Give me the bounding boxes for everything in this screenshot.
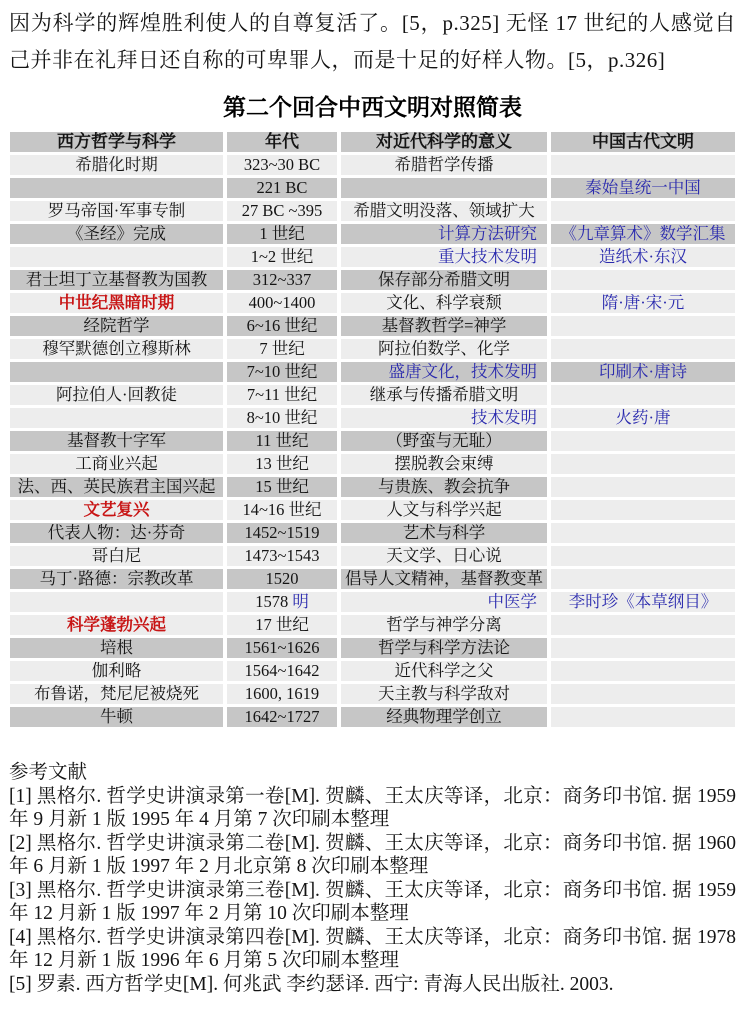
cell-west-event (10, 408, 223, 428)
cell-china (551, 270, 735, 290)
cell-china (551, 500, 735, 520)
cell-west-event: 马丁·路德：宗教改革 (10, 569, 223, 589)
cell-meaning: 人文与科学兴起 (341, 500, 547, 520)
table-row: 1~2 世纪 重大技术发明 造纸术·东汉 (10, 247, 735, 267)
cell-era: 1473~1543 (227, 546, 337, 566)
cell-west-event: 工商业兴起 (10, 454, 223, 474)
cell-meaning: 基督教哲学=神学 (341, 316, 547, 336)
cell-era: 1520 (227, 569, 337, 589)
cell-china: 造纸术·东汉 (551, 247, 735, 267)
cell-west-event: 培根 (10, 638, 223, 658)
cell-era: 7~11 世纪 (227, 385, 337, 405)
table-header-row: 西方哲学与科学 年代 对近代科学的意义 中国古代文明 (10, 132, 735, 152)
cell-meaning: 技术发明 (341, 408, 547, 428)
cell-china (551, 454, 735, 474)
table-row: 中世纪黑暗时期 400~1400 文化、科学衰颓 隋·唐·宋·元 (10, 293, 735, 313)
table-row: 牛顿 1642~1727 经典物理学创立 (10, 707, 735, 727)
cell-west-event: 希腊化时期 (10, 155, 223, 175)
table-row: 基督教十字军 11 世纪 （野蛮与无耻） (10, 431, 735, 451)
cell-china (551, 638, 735, 658)
table-row: 哥白尼 1473~1543 天文学、日心说 (10, 546, 735, 566)
cell-meaning: 希腊文明没落、领域扩大 (341, 201, 547, 221)
cell-meaning: 计算方法研究 (341, 224, 547, 244)
cell-era: 17 世纪 (227, 615, 337, 635)
cell-era: 1452~1519 (227, 523, 337, 543)
cell-era: 1578 明 (227, 592, 337, 612)
civilization-comparison-table: 西方哲学与科学 年代 对近代科学的意义 中国古代文明 希腊化时期 323~30 … (6, 129, 739, 730)
cell-meaning: 天文学、日心说 (341, 546, 547, 566)
table-row: 经院哲学 6~16 世纪 基督教哲学=神学 (10, 316, 735, 336)
cell-meaning: 继承与传播希腊文明 (341, 385, 547, 405)
cell-meaning: 与贵族、教会抗争 (341, 477, 547, 497)
cell-era: 1642~1727 (227, 707, 337, 727)
header-west-philosophy-science: 西方哲学与科学 (10, 132, 223, 152)
table-row: 穆罕默德创立穆斯林 7 世纪 阿拉伯数学、化学 (10, 339, 735, 359)
cell-china: 印刷术·唐诗 (551, 362, 735, 382)
cell-west-event: 布鲁诺，梵尼尼被烧死 (10, 684, 223, 704)
cell-west-event: 法、西、英民族君主国兴起 (10, 477, 223, 497)
cell-west-event: 君士坦丁立基督教为国教 (10, 270, 223, 290)
table-row: 8~10 世纪 技术发明 火药·唐 (10, 408, 735, 428)
cell-meaning: 倡导人文精神，基督教变革 (341, 569, 547, 589)
cell-era: 27 BC ~395 (227, 201, 337, 221)
cell-west-event: 牛顿 (10, 707, 223, 727)
table-row: 伽利略 1564~1642 近代科学之父 (10, 661, 735, 681)
header-meaning-modern-science: 对近代科学的意义 (341, 132, 547, 152)
cell-meaning: 哲学与科学方法论 (341, 638, 547, 658)
cell-era: 7 世纪 (227, 339, 337, 359)
table-row: 法、西、英民族君主国兴起 15 世纪 与贵族、教会抗争 (10, 477, 735, 497)
cell-west-event: 《圣经》完成 (10, 224, 223, 244)
cell-china (551, 661, 735, 681)
cell-china (551, 707, 735, 727)
cell-china (551, 523, 735, 543)
cell-china (551, 569, 735, 589)
cell-china: 隋·唐·宋·元 (551, 293, 735, 313)
table-row: 罗马帝国·军事专制 27 BC ~395 希腊文明没落、领域扩大 (10, 201, 735, 221)
table-title: 第二个回合中西文明对照简表 (9, 89, 736, 122)
cell-west-event: 文艺复兴 (10, 500, 223, 520)
table-row: 布鲁诺，梵尼尼被烧死 1600, 1619 天主教与科学敌对 (10, 684, 735, 704)
cell-meaning: 盛唐文化，技术发明 (341, 362, 547, 382)
references-heading: 参考文献 (9, 761, 736, 785)
era-dynasty-mark: 明 (292, 592, 309, 611)
table-row: 文艺复兴 14~16 世纪 人文与科学兴起 (10, 500, 735, 520)
cell-meaning: 艺术与科学 (341, 523, 547, 543)
cell-era: 1 世纪 (227, 224, 337, 244)
cell-era: 312~337 (227, 270, 337, 290)
table-row: 君士坦丁立基督教为国教 312~337 保存部分希腊文明 (10, 270, 735, 290)
cell-era: 1~2 世纪 (227, 247, 337, 267)
cell-west-event: 经院哲学 (10, 316, 223, 336)
table-row: 工商业兴起 13 世纪 摆脱教会束缚 (10, 454, 735, 474)
reference-item: [3] 黑格尔. 哲学史讲演录第三卷[M]. 贺麟、王太庆等译，北京：商务印书馆… (9, 879, 736, 926)
cell-china: 秦始皇统一中国 (551, 178, 735, 198)
cell-west-event: 基督教十字军 (10, 431, 223, 451)
cell-west-event (10, 247, 223, 267)
cell-meaning: 天主教与科学敌对 (341, 684, 547, 704)
cell-meaning: 文化、科学衰颓 (341, 293, 547, 313)
cell-china (551, 316, 735, 336)
cell-era: 221 BC (227, 178, 337, 198)
cell-meaning: 重大技术发明 (341, 247, 547, 267)
cell-china (551, 477, 735, 497)
header-era: 年代 (227, 132, 337, 152)
cell-meaning: 保存部分希腊文明 (341, 270, 547, 290)
cell-china: 《九章算术》数学汇集 (551, 224, 735, 244)
cell-era: 14~16 世纪 (227, 500, 337, 520)
cell-china (551, 431, 735, 451)
cell-china (551, 201, 735, 221)
cell-west-event (10, 178, 223, 198)
table-row: 马丁·路德：宗教改革 1520 倡导人文精神，基督教变革 (10, 569, 735, 589)
cell-meaning: 经典物理学创立 (341, 707, 547, 727)
cell-west-event: 罗马帝国·军事专制 (10, 201, 223, 221)
reference-item: [5] 罗素. 西方哲学史[M]. 何兆武 李约瑟译. 西宁: 青海人民出版社.… (9, 973, 736, 997)
table-row: 《圣经》完成 1 世纪 计算方法研究 《九章算术》数学汇集 (10, 224, 735, 244)
cell-china (551, 684, 735, 704)
cell-meaning: 摆脱教会束缚 (341, 454, 547, 474)
cell-era: 400~1400 (227, 293, 337, 313)
cell-china: 火药·唐 (551, 408, 735, 428)
table-row: 221 BC 秦始皇统一中国 (10, 178, 735, 198)
reference-item: [4] 黑格尔. 哲学史讲演录第四卷[M]. 贺麟、王太庆等译，北京：商务印书馆… (9, 926, 736, 973)
cell-china (551, 615, 735, 635)
cell-west-event: 代表人物：达·芬奇 (10, 523, 223, 543)
cell-era: 1600, 1619 (227, 684, 337, 704)
reference-item: [1] 黑格尔. 哲学史讲演录第一卷[M]. 贺麟、王太庆等译，北京：商务印书馆… (9, 785, 736, 832)
cell-meaning: （野蛮与无耻） (341, 431, 547, 451)
civ-table-body: 希腊化时期 323~30 BC 希腊哲学传播 221 BC 秦始皇统一中国 罗马… (10, 155, 735, 727)
cell-china: 李时珍《本草纲目》 (551, 592, 735, 612)
cell-west-event (10, 362, 223, 382)
cell-era: 13 世纪 (227, 454, 337, 474)
table-row: 7~10 世纪 盛唐文化，技术发明 印刷术·唐诗 (10, 362, 735, 382)
table-row: 阿拉伯人·回教徒 7~11 世纪 继承与传播希腊文明 (10, 385, 735, 405)
cell-west-event: 阿拉伯人·回教徒 (10, 385, 223, 405)
table-row: 代表人物：达·芬奇 1452~1519 艺术与科学 (10, 523, 735, 543)
cell-west-event: 哥白尼 (10, 546, 223, 566)
references-section: 参考文献 [1] 黑格尔. 哲学史讲演录第一卷[M]. 贺麟、王太庆等译，北京：… (9, 761, 736, 996)
cell-meaning: 中医学 (341, 592, 547, 612)
cell-meaning: 近代科学之父 (341, 661, 547, 681)
cell-era: 6~16 世纪 (227, 316, 337, 336)
table-row: 培根 1561~1626 哲学与科学方法论 (10, 638, 735, 658)
cell-west-event: 科学蓬勃兴起 (10, 615, 223, 635)
intro-paragraph: 因为科学的辉煌胜利使人的自尊复活了。[5，p.325] 无怪 17 世纪的人感觉… (9, 5, 736, 79)
cell-china (551, 155, 735, 175)
cell-meaning: 哲学与神学分离 (341, 615, 547, 635)
cell-west-event: 中世纪黑暗时期 (10, 293, 223, 313)
header-ancient-china: 中国古代文明 (551, 132, 735, 152)
table-row: 科学蓬勃兴起 17 世纪 哲学与神学分离 (10, 615, 735, 635)
cell-china (551, 546, 735, 566)
cell-era: 15 世纪 (227, 477, 337, 497)
cell-meaning: 希腊哲学传播 (341, 155, 547, 175)
cell-era: 323~30 BC (227, 155, 337, 175)
reference-item: [2] 黑格尔. 哲学史讲演录第二卷[M]. 贺麟、王太庆等译，北京：商务印书馆… (9, 832, 736, 879)
cell-china (551, 339, 735, 359)
cell-era: 8~10 世纪 (227, 408, 337, 428)
cell-west-event: 穆罕默德创立穆斯林 (10, 339, 223, 359)
document-page: 因为科学的辉煌胜利使人的自尊复活了。[5，p.325] 无怪 17 世纪的人感觉… (0, 0, 745, 1021)
table-row: 希腊化时期 323~30 BC 希腊哲学传播 (10, 155, 735, 175)
cell-meaning (341, 178, 547, 198)
cell-era: 1564~1642 (227, 661, 337, 681)
cell-china (551, 385, 735, 405)
table-row: 1578 明 中医学 李时珍《本草纲目》 (10, 592, 735, 612)
cell-era: 1561~1626 (227, 638, 337, 658)
cell-era: 7~10 世纪 (227, 362, 337, 382)
cell-west-event: 伽利略 (10, 661, 223, 681)
cell-era: 11 世纪 (227, 431, 337, 451)
cell-meaning: 阿拉伯数学、化学 (341, 339, 547, 359)
cell-west-event (10, 592, 223, 612)
